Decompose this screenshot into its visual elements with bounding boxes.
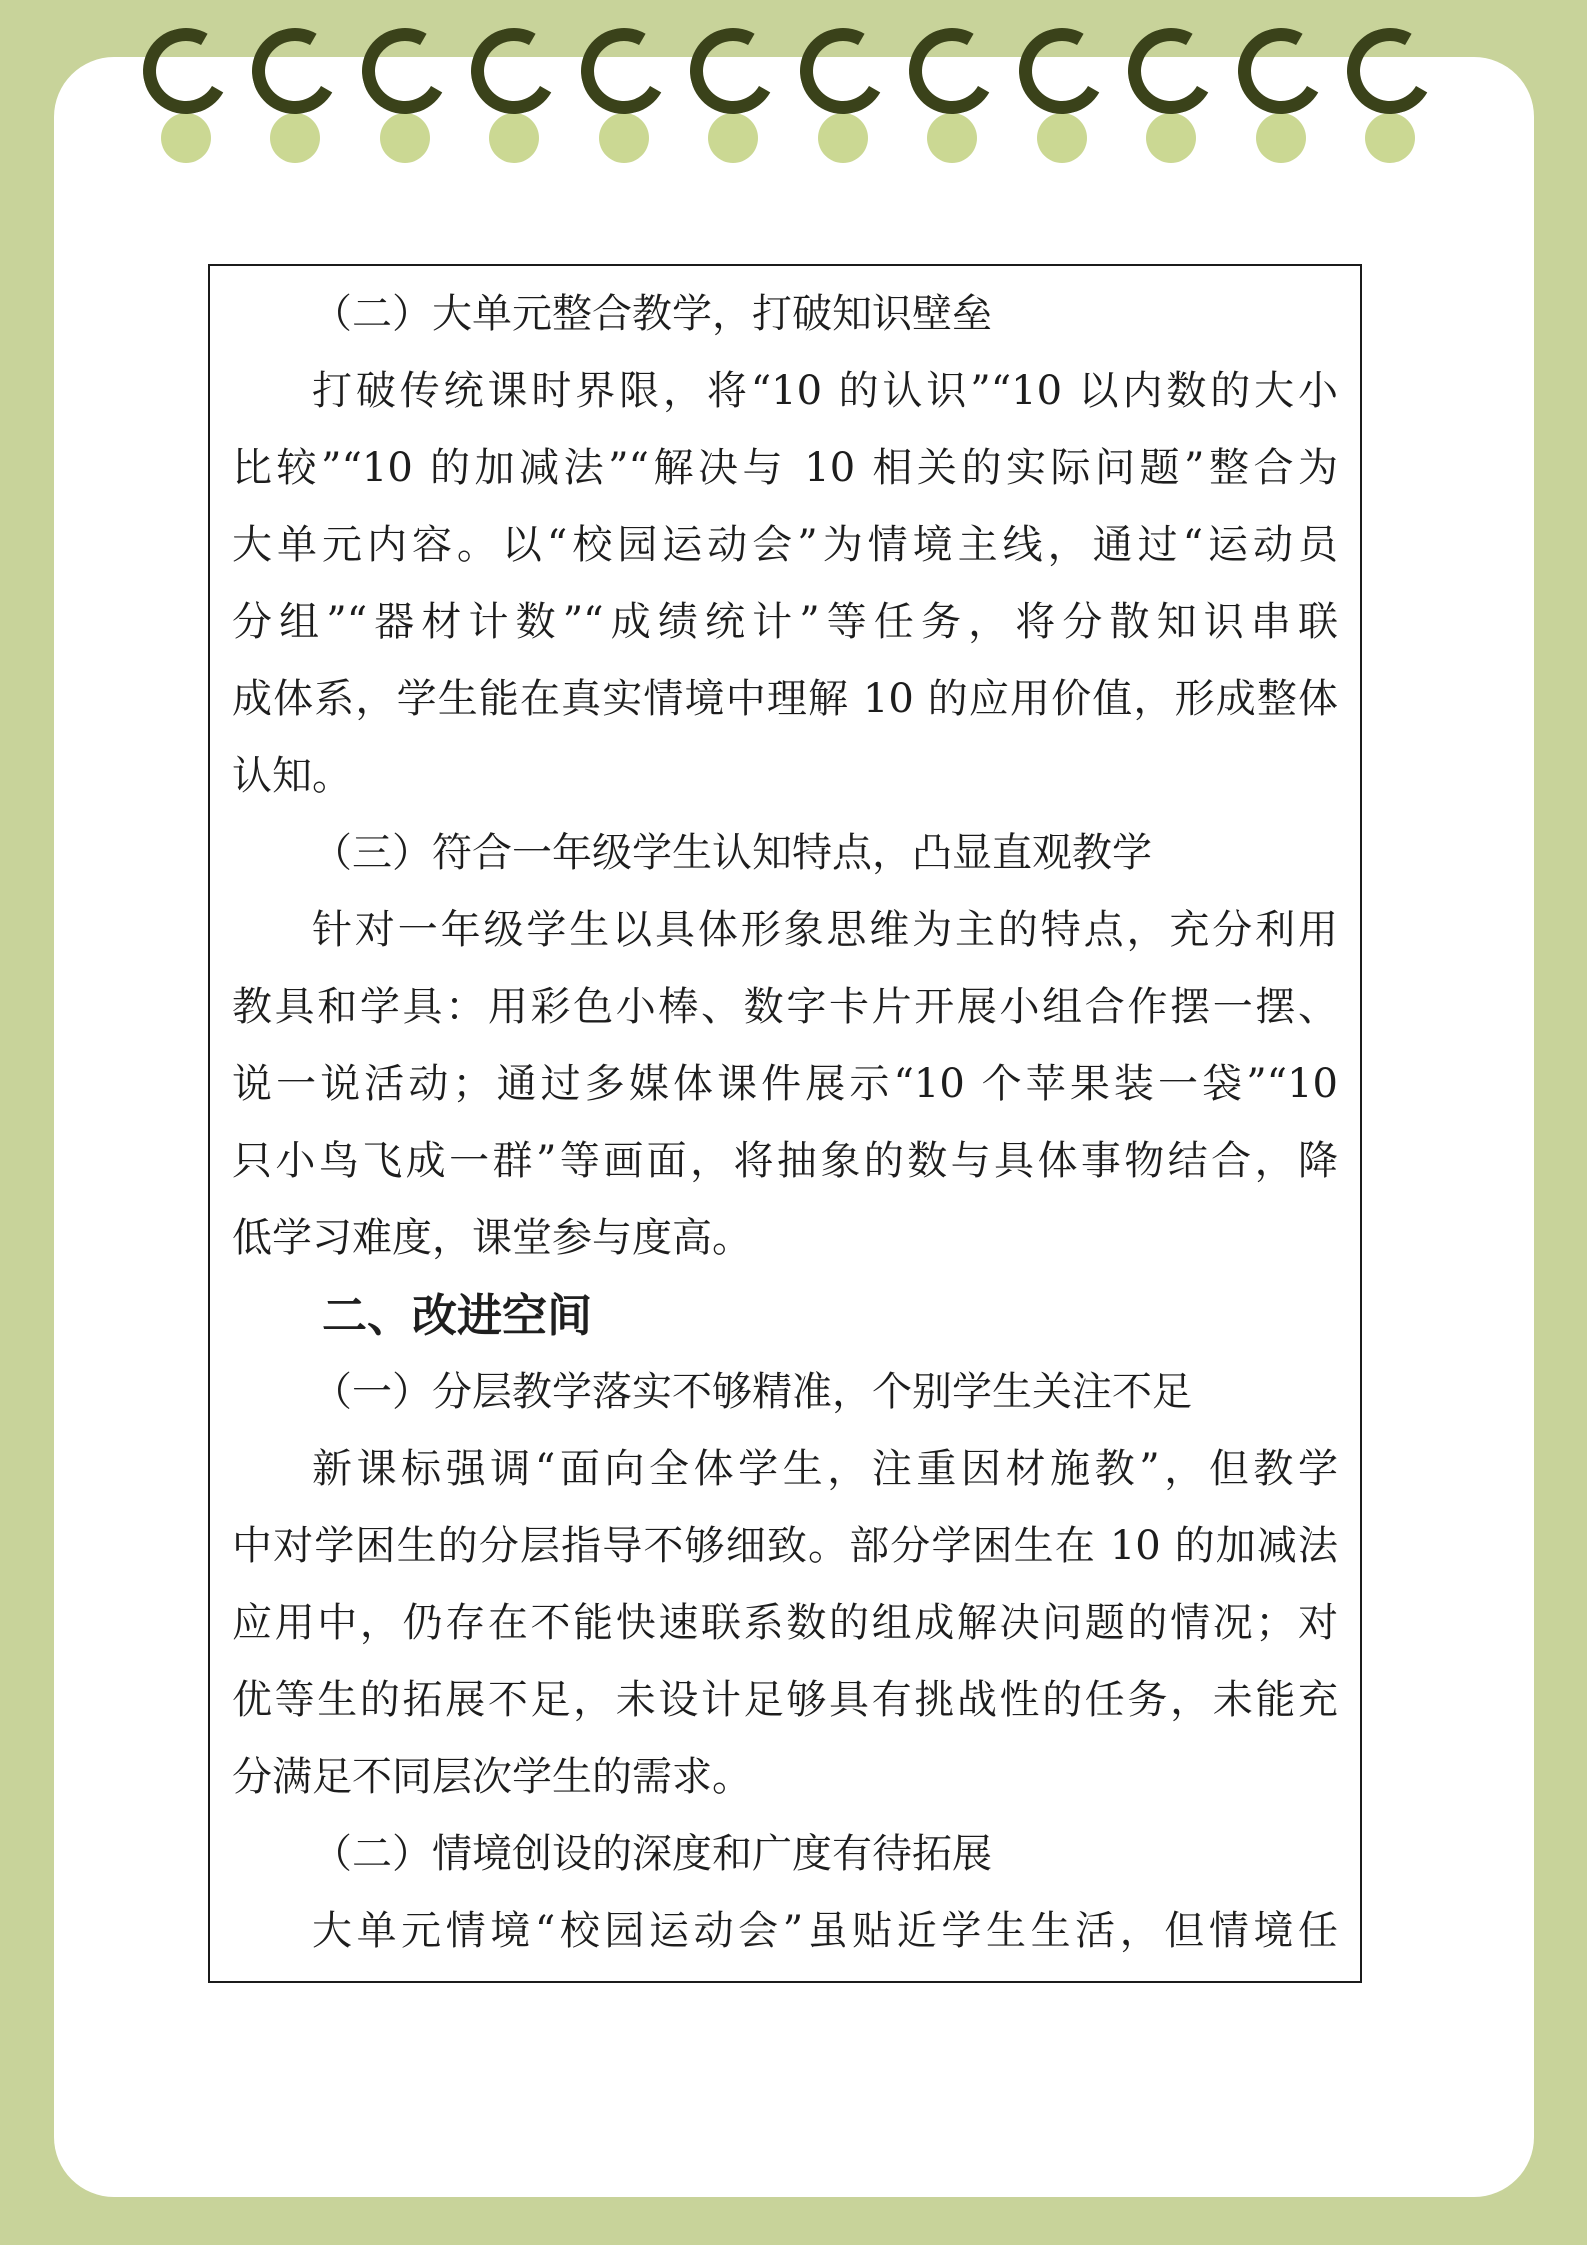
binder-hole (1365, 113, 1415, 163)
text-line: 应用中，仍存在不能快速联系数的组成解决问题的情况；对 (232, 1585, 1338, 1662)
subsection-heading: （三）符合一年级学生认知特点，凸显直观教学 (232, 815, 1338, 892)
binder-hole (708, 113, 758, 163)
text-line: 比较”“10 的加减法”“解决与 10 相关的实际问题”整合为 (232, 430, 1338, 507)
binder-hole (1256, 113, 1306, 163)
binder-hole (599, 113, 649, 163)
document-text-box: （二）大单元整合教学，打破知识壁垒 打破传统课时界限，将“10 的认识”“10 … (208, 264, 1362, 1983)
text-line: 针对一年级学生以具体形象思维为主的特点，充分利用 (232, 892, 1338, 969)
subsection-heading: （二）大单元整合教学，打破知识壁垒 (232, 276, 1338, 353)
text-line: 成体系，学生能在真实情境中理解 10 的应用价值，形成整体 (232, 661, 1338, 738)
binder-hole (489, 113, 539, 163)
binder-hole (270, 113, 320, 163)
text-line: 大单元情境“校园运动会”虽贴近学生生活，但情境任 (232, 1893, 1338, 1970)
text-line: 中对学困生的分层指导不够细致。部分学困生在 10 的加减法 (232, 1508, 1338, 1585)
subsection-heading: （二）情境创设的深度和广度有待拓展 (232, 1816, 1338, 1893)
binder-hole (818, 113, 868, 163)
binder-hole (1146, 113, 1196, 163)
binder-hole (927, 113, 977, 163)
text-line: 教具和学具：用彩色小棒、数字卡片开展小组合作摆一摆、 (232, 969, 1338, 1046)
text-line: 新课标强调“面向全体学生，注重因材施教”，但教学 (232, 1431, 1338, 1508)
text-line: 分满足不同层次学生的需求。 (232, 1739, 1338, 1816)
text-line: 认知。 (232, 738, 1338, 815)
text-line: 大单元内容。以“校园运动会”为情境主线，通过“运动员 (232, 507, 1338, 584)
text-line: 低学习难度，课堂参与度高。 (232, 1200, 1338, 1277)
text-line: 说一说活动；通过多媒体课件展示“10 个苹果装一袋”“10 (232, 1046, 1338, 1123)
section-heading: 二、改进空间 (232, 1277, 1338, 1354)
text-line: 分组”“器材计数”“成绩统计”等任务，将分散知识串联 (232, 584, 1338, 661)
text-line: 优等生的拓展不足，未设计足够具有挑战性的任务，未能充 (232, 1662, 1338, 1739)
binder-hole (161, 113, 211, 163)
subsection-heading: （一）分层教学落实不够精准，个别学生关注不足 (232, 1354, 1338, 1431)
text-line: 打破传统课时界限，将“10 的认识”“10 以内数的大小 (232, 353, 1338, 430)
binder-hole (380, 113, 430, 163)
binder-hole (1037, 113, 1087, 163)
text-line: 只小鸟飞成一群”等画面，将抽象的数与具体事物结合，降 (232, 1123, 1338, 1200)
